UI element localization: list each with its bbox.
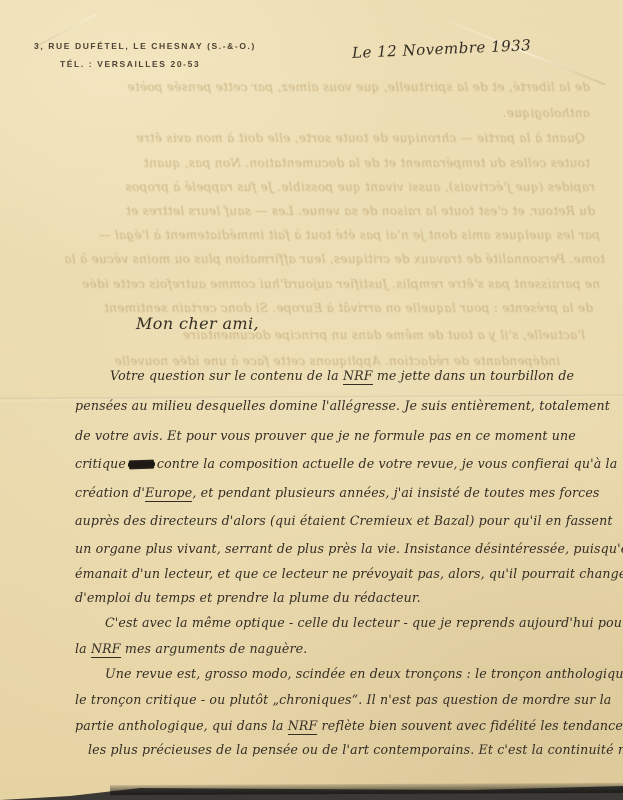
letterhead: 3, RUE DUFÉTEL, LE CHESNAY (S.-&-O.) TÉL… (34, 41, 256, 69)
letter-text: émanait d'un lecteur, et que ce lecteur … (75, 566, 623, 581)
letter-line: un organe plus vivant, serrant de plus p… (75, 541, 623, 556)
letter-line: critique aus contre la composition actue… (75, 456, 617, 471)
letter-text: C'est avec la même optique - celle du le… (105, 615, 623, 630)
bleedthrough-line: tome. Personnalité de travaux de critiqu… (20, 252, 605, 266)
bleedthrough-line: rapides (que j'écrivais), aussi vivant q… (30, 180, 595, 194)
scratched-out-word: aus (130, 456, 153, 471)
letter-text: d'emploi du temps et prendre la plume du… (75, 590, 421, 605)
bleedthrough-line: toutes celles du tempérament et de la do… (35, 156, 590, 170)
underlined-word: NRF (91, 641, 121, 658)
letter-text: contre la composition actuelle de votre … (153, 456, 618, 471)
paper-bottom-edge-shadow (110, 783, 623, 795)
letter-line: le tronçon critique - ou plutôt „chroniq… (75, 692, 611, 707)
underlined-word: NRF (288, 718, 318, 735)
bleedthrough-line: indépendante de rédaction. Appliquons ce… (60, 354, 560, 368)
letter-text: un organe plus vivant, serrant de plus p… (75, 541, 623, 556)
letterhead-phone: TÉL. : VERSAILLES 20-53 (60, 59, 256, 69)
letter-text: de votre avis. Et pour vous prouver que … (75, 428, 576, 443)
letter-text: Votre question sur le contenu de la (110, 368, 343, 383)
letter-text: la (75, 641, 91, 656)
bleedthrough-line: du Retour, et c'est toute la raison de s… (30, 204, 595, 218)
letter-line: de votre avis. Et pour vous prouver que … (75, 428, 576, 443)
letter-text: les plus précieuses de la pensée ou de l… (88, 742, 623, 757)
letter-line: d'emploi du temps et prendre la plume du… (75, 590, 421, 605)
letter-text: pensées au milieu desquelles domine l'al… (75, 398, 610, 413)
letter-text: partie anthologique, qui dans la (75, 718, 288, 733)
bleedthrough-line: par les quelques amis dont je n'ai pas é… (25, 228, 600, 242)
letter-line: la NRF mes arguments de naguère. (75, 641, 307, 656)
date-line: Le 12 Novembre 1933 (352, 36, 532, 62)
letter-line: les plus précieuses de la pensée ou de l… (88, 742, 623, 757)
letter-line: Une revue est, grosso modo, scindée en d… (105, 666, 623, 681)
letter-line: Votre question sur le contenu de la NRF … (110, 368, 574, 383)
bleedthrough-line: de la liberté, et de la spirituelle, que… (35, 80, 590, 94)
letter-text: Une revue est, grosso modo, scindée en d… (105, 666, 623, 681)
bleedthrough-line: Quant à la partie — chronique de toute s… (40, 131, 585, 145)
underlined-word: NRF (343, 368, 373, 385)
letter-line: pensées au milieu desquelles domine l'al… (75, 398, 610, 413)
salutation: Mon cher ami, (136, 314, 259, 333)
letter-line: émanait d'un lecteur, et que ce lecteur … (75, 566, 623, 581)
letter-text: mes arguments de naguère. (121, 641, 308, 656)
letter-text: me jette dans un tourbillon de (373, 368, 575, 383)
bleedthrough-line: de la présente : pour laquelle on arrivâ… (33, 301, 593, 315)
letter-line: création d'Europe, et pendant plusieurs … (75, 485, 600, 500)
bleedthrough-line: anthologique. (430, 106, 590, 120)
underlined-word: Europe (145, 485, 192, 502)
letter-paper: de la liberté, et de la spirituelle, que… (0, 0, 623, 800)
letter-text: auprès des directeurs d'alors (qui étaie… (75, 513, 613, 528)
letter-text: , et pendant plusieurs années, j'ai insi… (192, 485, 599, 500)
letter-text: le tronçon critique - ou plutôt „chroniq… (75, 692, 611, 707)
letter-text: reflète bien souvent avec fidélité les t… (317, 718, 623, 733)
bleedthrough-line: ne paraissent pas s'être remplis. Justif… (28, 277, 600, 291)
bleedthrough-line: l'actuelle, s'il y a tout de même dans u… (45, 328, 585, 342)
letter-text: création d' (75, 485, 145, 500)
letter-line: auprès des directeurs d'alors (qui étaie… (75, 513, 613, 528)
letter-line: partie anthologique, qui dans la NRF ref… (75, 718, 623, 733)
letterhead-address: 3, RUE DUFÉTEL, LE CHESNAY (S.-&-O.) (34, 41, 256, 51)
letter-text: critique (75, 456, 130, 471)
letter-line: C'est avec la même optique - celle du le… (105, 615, 623, 630)
